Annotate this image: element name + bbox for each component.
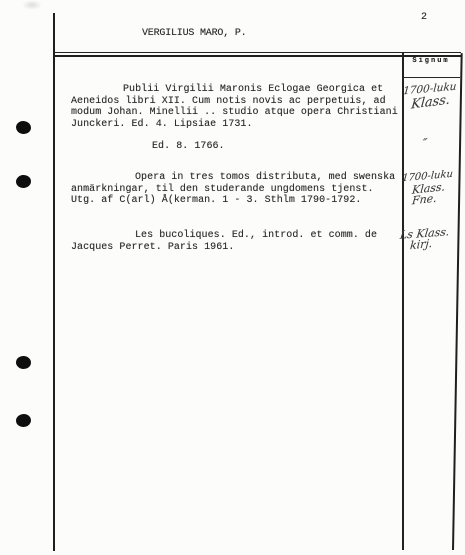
signum-header-underline — [402, 77, 460, 78]
left-margin-rule — [53, 13, 55, 551]
catalog-entry: Les bucoliques. Ed., introd. et comm. de… — [71, 230, 377, 253]
entry-text-line: Jacques Perret. Paris 1961. — [71, 242, 377, 254]
signum-column-rule — [402, 53, 404, 550]
signum-column-header: Signum — [402, 57, 460, 65]
page-number: 2 — [421, 12, 427, 23]
page-title: VERGILIUS MARO, P. — [142, 28, 246, 39]
entry-text-line: anmärkningar, til den studerande ungdome… — [71, 184, 395, 196]
catalog-entry: Ed. 8. 1766. — [152, 141, 225, 153]
signum-ditto-mark: ″ — [420, 136, 428, 150]
entry-text-line: modum Johan. Minellii .. studio atque op… — [71, 107, 398, 119]
header-double-rule — [53, 52, 461, 57]
catalog-entry: Publii Virgilii Maronis Eclogae Georgica… — [71, 84, 398, 130]
punch-hole-dot — [15, 413, 32, 428]
entry-text-line: Junckeri. Ed. 4. Lipsiae 1731. — [71, 119, 398, 131]
signum-note: kirj. — [409, 237, 432, 253]
punch-hole-dot — [15, 120, 32, 135]
right-border-rule — [452, 53, 462, 550]
entry-text-line: Utg. af C(arl) Å(kerman. 1 - 3. Sthlm 17… — [71, 195, 395, 207]
punch-hole-dot — [15, 174, 31, 188]
entry-text-line: Les bucoliques. Ed., introd. et comm. de — [71, 230, 377, 242]
entry-text-line: Publii Virgilii Maronis Eclogae Georgica… — [71, 84, 398, 96]
scan-smudge — [22, 0, 42, 10]
entry-text-line: Opera in tres tomos distributa, med swen… — [71, 172, 395, 184]
catalog-entry: Opera in tres tomos distributa, med swen… — [71, 172, 395, 207]
entry-text-line: Ed. 8. 1766. — [152, 141, 225, 153]
signum-note: Fne. — [411, 192, 437, 208]
punch-hole-dot — [16, 355, 32, 369]
entry-text-line: Aeneidos libri XII. Cum notis novis ac p… — [71, 96, 398, 108]
